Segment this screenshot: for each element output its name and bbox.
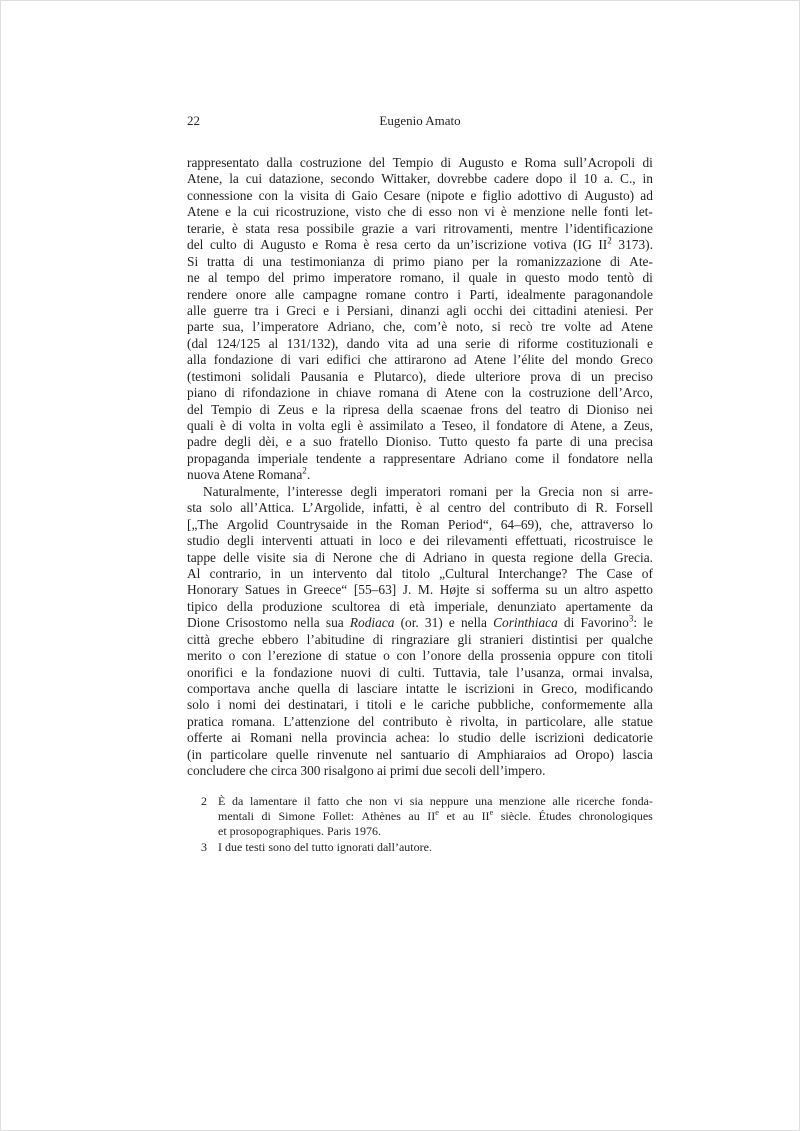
text-run: 31) [425,615,443,630]
text-word: il [552,451,559,467]
text-word: diede [436,369,465,385]
text-word: del [187,237,203,253]
text-run: fonda- [622,794,653,808]
text-run: Atene [621,319,653,334]
text-word: qualche [611,632,653,648]
text-run: Ate- [629,254,653,269]
text-word: dovrebbe [437,171,487,187]
text-word: oppure [558,648,595,664]
text-word: vita [388,336,408,352]
text-word: riforme [518,336,558,352]
text-word: di [260,402,270,418]
text-run: lasciare [357,681,398,696]
text-run: è [416,500,422,515]
text-word: parte [187,319,214,335]
text-run: e [312,402,318,417]
text-word: all’Attica. [240,500,294,516]
text-word: e [286,434,292,450]
text-run: da [437,237,450,252]
text-word: è [446,714,452,730]
text-word: sta [187,500,202,516]
text-run: romanizzazione [516,254,601,269]
text-word: connessione [187,188,252,204]
text-run: mondo [576,352,613,367]
text-run: di [328,648,338,663]
text-word: da [232,794,243,809]
text-run: riforme [518,336,558,351]
text-run: ateniesi. [584,303,628,318]
text-run: iscrizioni [465,681,515,696]
text-word: iscrizioni [465,681,515,697]
text-word: del [268,270,284,286]
text-word: fonti [604,204,629,220]
text-word: età [409,599,425,615]
text-word: Argolid [227,517,268,533]
footnote: 3I due testi sono del tutto ignorati dal… [187,840,653,855]
text-word: rappresentare [383,451,455,467]
text-run: a [402,221,408,236]
text-word: dinanzi [400,303,439,319]
text-word: per [586,632,603,648]
text-run: che [346,794,363,808]
text-word: Simone [278,809,315,824]
text-run: dell’Arco, [598,385,653,400]
text-run: che [387,204,406,219]
text-word: in [523,681,533,697]
text-run: greche [218,632,254,647]
text-run: visite [257,550,286,565]
text-run: titolo [402,566,430,581]
text-word: scultorea [332,599,380,615]
text-word: alle [552,794,569,809]
text-word: dando [347,336,380,352]
text-run: ebbero [262,632,298,647]
text-run: questo [525,270,560,285]
text-word: resa [376,237,398,253]
text-line: qualièdivoltainvoltaeglièassimilatoaTese… [187,418,653,434]
text-word: pratica [187,714,223,730]
paragraph: rappresentatodallacostruzionedelTempiodi… [187,155,653,484]
text-run: suo [313,434,332,449]
text-run: dèi, [259,434,279,449]
text-run: della [387,402,413,417]
text-run: fondatore [496,418,547,433]
text-word: a [430,418,436,434]
text-line: concludere che circa 300 risalgono ai pr… [187,763,653,779]
text-run: una [438,336,457,351]
text-run: pubbliche, [478,697,534,712]
text-run: II [598,237,607,252]
text-run: di [405,550,415,565]
text-word: questo [475,434,510,450]
text-word: sia [293,550,308,566]
text-run: scultorea [332,599,380,614]
text-word: si [492,319,501,335]
text-word: fondatore [568,451,619,467]
text-run: dopo [536,171,563,186]
text-word: di [281,352,291,368]
text-run: non [369,794,387,808]
text-word: come [515,451,544,467]
text-run: pratica [187,714,223,729]
text-run: alla [634,697,653,712]
text-word: con [602,648,621,664]
text-run: 124/125 [216,336,260,351]
text-word: di [458,747,468,763]
text-line: I due testi sono del tutto ignorati dall… [218,840,653,855]
text-word: au [408,809,419,824]
text-word: si [476,582,485,598]
text-run: Atene [474,352,506,367]
text-word: volta [298,418,325,434]
text-word: Dione [187,615,220,631]
text-run: fondazione [273,665,333,680]
text-word: Augusto) [584,188,634,204]
text-word: teatro [530,402,560,418]
text-word: Greci [286,303,316,319]
text-run: romano, [400,270,444,285]
text-word: cui [246,171,262,187]
text-word: tre [541,319,555,335]
text-run: ad [600,319,613,334]
text-run: e [435,808,439,817]
text-word: recò [510,319,533,335]
text-run: di [243,237,253,252]
text-word: chiave [336,385,371,401]
text-word: non [458,204,478,220]
text-run: la [284,188,294,203]
text-word: in [643,171,653,187]
text-run: di [338,681,348,696]
text-run: visita [300,188,329,203]
text-word: ricostruzione, [276,204,349,220]
text-run: concludere che circa 300 risalgono ai pr… [187,763,545,778]
text-run: Études [539,809,572,823]
text-word: onorifici [187,665,233,681]
text-run: parte [536,434,563,449]
text-word: Zeus, [624,418,653,434]
text-run: Roman [401,517,440,532]
text-word: Parti, [470,287,499,303]
text-word: terarie, [187,221,225,237]
text-run: Simone [278,809,315,823]
text-word: di [335,188,345,204]
text-run: è [363,237,369,252]
text-run: in [643,171,653,186]
text-run: . [307,467,310,482]
text-word: Adriano, [327,319,374,335]
text-word: delle [223,550,249,566]
text-word: produzione [262,599,322,615]
text-word: contro [414,287,448,303]
text-word: contrario, [210,566,262,582]
text-run: a [369,451,375,466]
text-line: rappresentatodallacostruzionedelTempiodi… [187,155,653,171]
text-line: comportavaanchequelladilasciareintattele… [187,681,653,697]
text-word: È [218,794,225,809]
text-word: contributo [383,714,438,730]
text-word: al [208,270,218,286]
text-run: ad [640,188,653,203]
text-word: del [187,402,203,418]
text-word: IIe [427,809,439,824]
text-word: visite [257,550,286,566]
text-run: stranieri [480,632,524,647]
text-word: Adriano [463,451,507,467]
text-run: datazione, [269,171,324,186]
text-word: resa [277,221,299,237]
text-run: l’onore [423,648,462,663]
text-word: di [374,254,384,270]
text-run: dalla [266,155,292,170]
text-word: fonda- [622,794,653,809]
text-run: e [490,808,494,817]
text-run: e [241,665,247,680]
text-word: infatti, [373,500,408,516]
text-run: la [511,385,521,400]
text-word: Grecia [539,484,575,500]
text-word: stranieri [480,632,524,648]
text-run: un [564,582,577,597]
text-run: è [220,418,226,433]
text-run: dovrebbe [437,171,487,186]
text-word: M. [418,582,433,598]
text-run: possibile [306,221,354,236]
text-run: si [476,582,485,597]
text-word: l’élite [513,352,544,368]
text-word: Period“, [448,517,492,533]
text-run: in [361,533,371,548]
text-word: quelle [276,747,309,763]
text-run: vari [298,352,319,367]
text-word: a [611,418,617,434]
text-run: contributo [514,500,569,515]
text-run: secondo [330,171,374,186]
text-word: fondazione [214,352,274,368]
text-word: certo [404,237,431,253]
text-run: mentre [521,221,558,236]
text-run: terarie, [187,221,225,236]
text-word: campagne [303,287,357,303]
text-run: in [506,270,516,285]
text-word: di [243,254,253,270]
text-run: l’identificazione [565,221,653,236]
text-run: connessione [187,188,252,203]
text-run: (in [187,747,202,762]
text-word: Wittaker, [381,171,430,187]
text-word: IIe [482,809,494,824]
text-run: primo [293,270,325,285]
text-line: alleguerretraiGrecieiPersiani,dinanziagl… [187,303,653,319]
text-run: Adriano, [327,319,374,334]
text-run: la [237,204,247,219]
text-word: in [474,550,484,566]
text-word: apertamente [566,599,631,615]
text-run: the [376,517,392,532]
text-run: nomi [229,697,257,712]
text-line: stasoloall’Attica.L’Argolide,infatti,èal… [187,500,653,516]
text-word: Atene [187,204,219,220]
text-word: Teseo, [442,418,476,434]
text-word: per [472,254,489,270]
text-word: del [506,402,522,418]
text-run: effettuati, [515,533,566,548]
text-run: fatto [317,794,339,808]
text-line: connessioneconlavisitadiGaioCesare(nipot… [187,188,653,204]
text-word: attuati [320,533,353,549]
text-run: di [243,254,253,269]
text-run: il [304,794,311,808]
text-run: di [568,188,578,203]
text-word: mentali [218,809,254,824]
text-run: il [569,171,576,186]
text-run: (dal [187,336,208,351]
text-word: quella [298,681,331,697]
text-word: com’è [414,319,447,335]
text-word: lasciare [357,681,398,697]
text-word: Oropo) [575,747,614,763]
text-word: particolare [210,747,267,763]
text-word: della [468,648,494,664]
text-run: piano [434,254,464,269]
text-line: Èdalamentareilfattochenonvisianeppureuna… [218,794,653,809]
text-line: DioneCrisostomonellasuaRodiaca(or.31)ene… [187,615,653,631]
text-run: i [457,287,461,302]
text-word: romanizzazione [516,254,601,270]
text-run: cui [253,204,269,219]
text-run: tale [489,665,508,680]
text-word: che, [383,319,405,335]
text-run: tentò [607,270,634,285]
text-run: al [269,336,279,351]
text-word: Athènes [362,809,401,824]
text-run: C., [620,171,636,186]
text-line: cittàgrecheebberol’abitudinediringraziar… [187,632,653,648]
text-run: ai [231,730,241,745]
text-word: ricostruisce [574,533,636,549]
text-line: allafondazionedivariedificicheattirarono… [187,352,653,368]
text-word: al [430,500,440,516]
text-word: dalla [266,155,292,171]
text-run: „Cultural [439,566,489,581]
text-run: stata [245,221,270,236]
text-word: nella [627,451,653,467]
text-run: visto [355,204,381,219]
text-run: sofferma [492,582,539,597]
text-run: Tempio [211,402,252,417]
text-word: e [358,369,364,385]
text-run: a [300,434,306,449]
text-word: i [457,287,461,303]
text-run: quella [298,681,331,696]
text-word: Augusto [458,155,503,171]
text-run: di [412,204,422,219]
text-word: di [568,402,578,418]
text-word: Greece“ [303,582,347,598]
text-line: padredeglidèi,easuofratelloDioniso.Tutto… [187,434,653,450]
text-run: di [315,550,325,565]
text-word: dopo [536,171,563,187]
text-word: nuovi [341,665,372,681]
text-word: dèi, [259,434,279,450]
footnote-text: Èdalamentareilfattochenonvisianeppureuna… [218,794,653,840]
text-run: cui [246,171,262,186]
text-word: che, [551,517,573,533]
text-run: Naturalmente, [203,484,279,499]
text-run: da [232,794,243,808]
text-run: e [312,237,318,252]
text-run: nuovi [341,665,372,680]
text-run: che, [383,319,405,334]
text-word: Case [607,566,633,582]
text-word: Tuttavia, [433,665,481,681]
text-line: terarie,èstataresapossibilegrazieavariri… [187,221,653,237]
text-run: per [472,254,489,269]
text-run: siècle. [501,809,531,823]
text-run: testimonianza [291,254,365,269]
text-word: Corinthiaca [493,615,558,631]
text-word: di [405,550,415,566]
text-run: di [232,418,242,433]
text-run: intatte [406,681,439,696]
text-run: Follet: [323,809,354,823]
text-run: Honorary [187,582,238,597]
text-run: rinvenute [317,747,368,762]
text-word: intervento [313,566,367,582]
text-run: teatro [530,402,560,417]
text-word: al [269,336,279,352]
text-run: Atene [445,385,477,400]
text-word: in [318,385,328,401]
text-run: l’erezione [268,648,322,663]
text-run: nella [294,615,320,630]
text-word: i [276,303,280,319]
text-word: romana [379,385,419,401]
text-run: au [463,809,474,823]
text-word: titoli [628,648,653,664]
text-run: ringraziare [391,632,449,647]
text-run: sua, [222,319,243,334]
text-word: Satues [245,582,280,598]
text-word: Atene [621,319,653,335]
text-word: è [220,418,226,434]
text-run: adottivo [518,188,562,203]
text-run: statue [622,714,653,729]
text-run: L’attenzione [283,714,349,729]
page-header: 22 Eugenio Amato [187,112,653,129]
text-word: è [501,204,507,220]
text-word: con [397,648,416,664]
text-run: qualche [611,632,653,647]
text-run: o [383,648,390,663]
text-run: fondatore [568,451,619,466]
text-word: frons [470,402,498,418]
text-run: ricostruisce [574,533,636,548]
text-word: dei [510,303,526,319]
text-word: l’interesse [287,484,342,500]
text-word: neppure [430,794,469,809]
text-run: e [323,303,329,318]
text-run: contro [414,287,448,302]
text-word: della [387,402,413,418]
text-word: culto [210,237,237,253]
text-run: II [482,809,490,823]
text-word: di [379,665,389,681]
text-word: titolo [402,566,430,582]
text-word: un [564,582,577,598]
text-word: romane [366,287,406,303]
text-word: ricerche [576,794,615,809]
